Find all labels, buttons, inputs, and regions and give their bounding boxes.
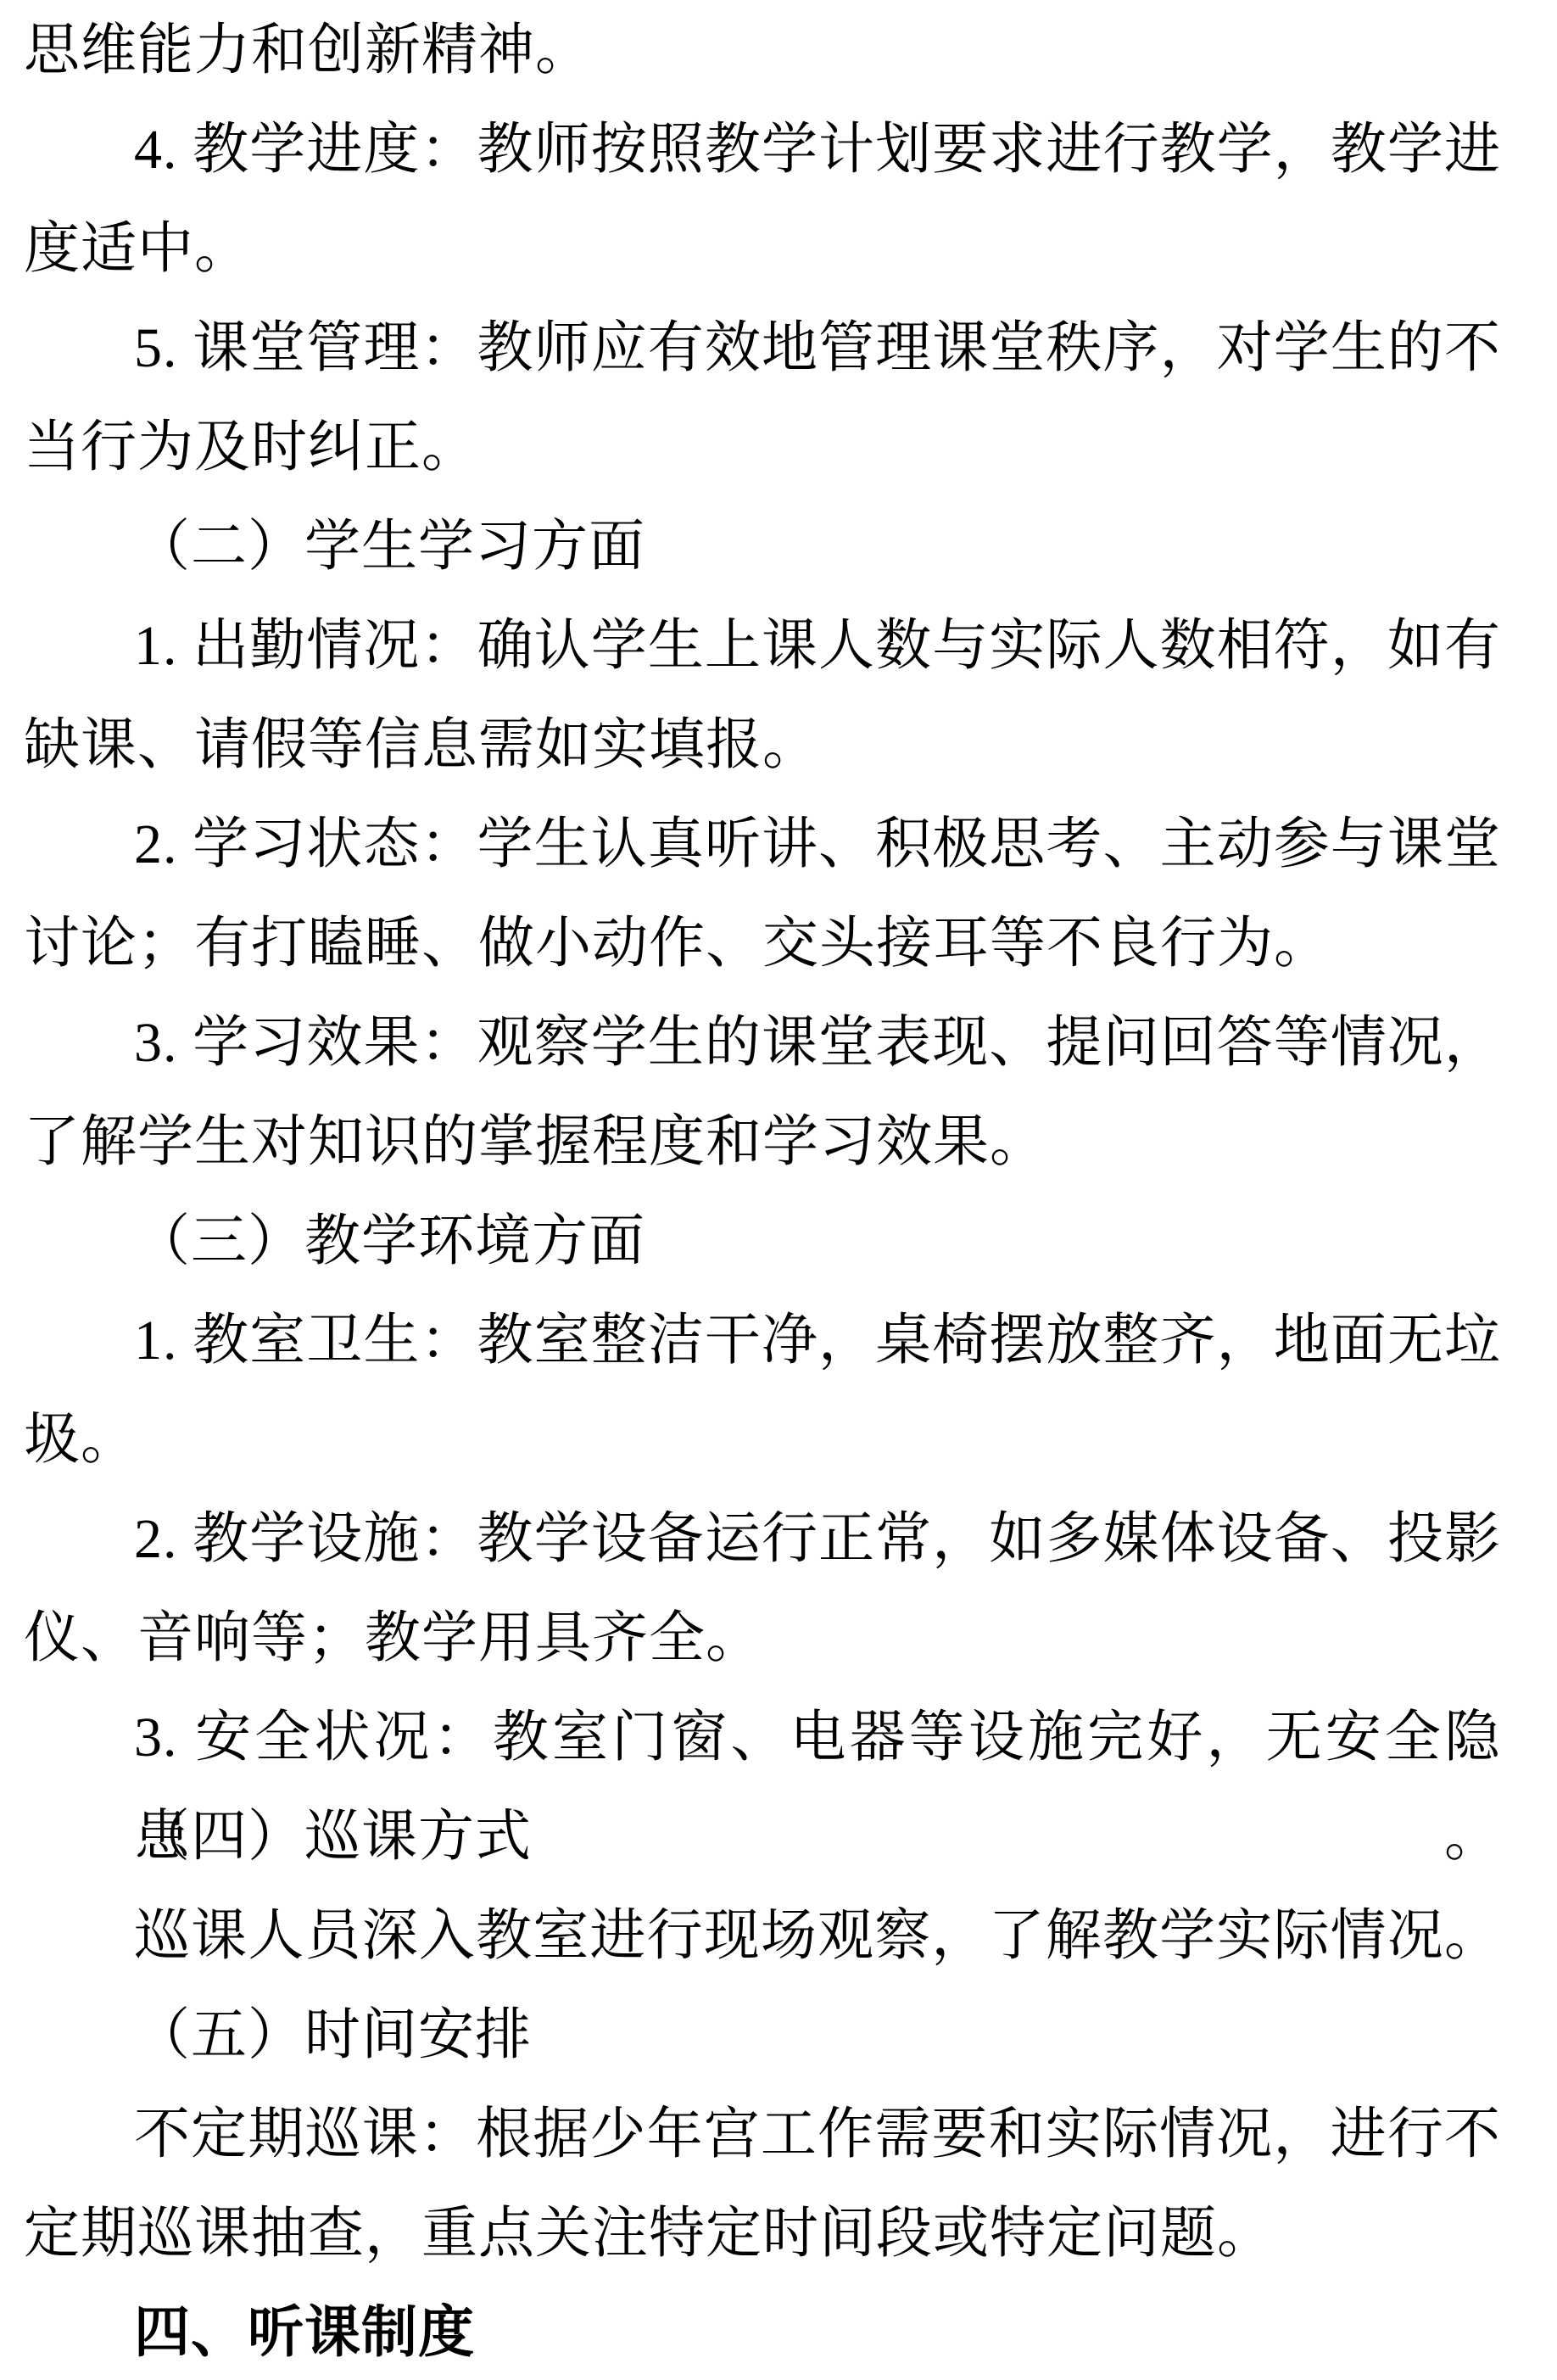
text-line: 2. 教学设施：教学设备运行正常，如多媒体设备、投影 <box>24 1489 1501 1589</box>
text-line: 缺课、请假等信息需如实填报。 <box>24 696 1501 795</box>
text-line: 了解学生对知识的掌握程度和学习效果。 <box>24 1092 1501 1192</box>
text-line: 不定期巡课：根据少年宫工作需要和实际情况，进行不 <box>24 2085 1501 2184</box>
text-line: 思维能力和创新精神。 <box>24 1 1501 100</box>
text-line: 当行为及时纠正。 <box>24 398 1501 497</box>
text-line: 3. 安全状况：教室门窗、电器等设施完好，无安全隐患。 <box>24 1688 1501 1787</box>
section-heading: （三）教学环境方面 <box>24 1192 1501 1291</box>
section-heading: （二）学生学习方面 <box>24 497 1501 596</box>
text-line: 1. 出勤情况：确认学生上课人数与实际人数相符，如有 <box>24 596 1501 696</box>
text-line: 巡课人员深入教室进行现场观察，了解教学实际情况。 <box>24 1886 1501 1986</box>
document-page: 思维能力和创新精神。 4. 教学进度：教师按照教学计划要求进行教学，教学进 度适… <box>0 0 1557 2380</box>
text-line: 圾。 <box>24 1390 1501 1489</box>
section-heading: （五）时间安排 <box>24 1986 1501 2085</box>
text-line: 定期巡课抽查，重点关注特定时间段或特定问题。 <box>24 2184 1501 2283</box>
text-line: 仪、音响等；教学用具齐全。 <box>24 1589 1501 1688</box>
text-line: 讨论；有打瞌睡、做小动作、交头接耳等不良行为。 <box>24 894 1501 993</box>
text-line: 2. 学习状态：学生认真听讲、积极思考、主动参与课堂 <box>24 795 1501 894</box>
text-line: 5. 课堂管理：教师应有效地管理课堂秩序，对学生的不 <box>24 299 1501 398</box>
chapter-heading: 四、听课制度 <box>24 2283 1501 2380</box>
text-line: 4. 教学进度：教师按照教学计划要求进行教学，教学进 <box>24 100 1501 199</box>
text-line: 3. 学习效果：观察学生的课堂表现、提问回答等情况， <box>24 993 1501 1092</box>
text-line: 1. 教室卫生：教室整洁干净，桌椅摆放整齐，地面无垃 <box>24 1291 1501 1390</box>
text-line: 度适中。 <box>24 199 1501 299</box>
